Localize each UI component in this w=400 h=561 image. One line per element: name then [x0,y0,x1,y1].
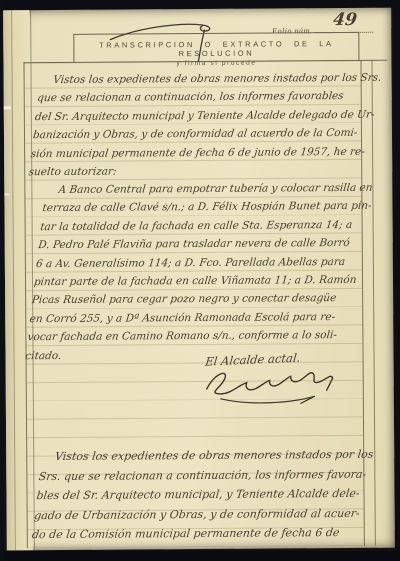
photo-backdrop-bottom [0,551,400,561]
handwritten-line: tar la totalidad de la fachada en calle … [39,216,367,237]
paper-edge-mark [4,193,9,195]
handwritten-line: Picas Ruseñol para cegar pozo negro y co… [31,289,359,310]
handwritten-line: gado de Urbanización y Obras, y de confo… [33,503,361,525]
pen-flourish-stroke [106,15,226,66]
handwritten-line: banización y Obras, y de conformidad al … [32,124,360,145]
handwritten-line: en Corró 255, y a Dª Asunción Ramonada E… [29,308,357,329]
handwritten-line: vocar fachada en Camino Romano s/n., con… [26,326,354,347]
paragraph-second-entry: Vistos los expedientes de obras menores … [31,445,368,545]
ledger-page: Folio núm.49 TRANSCRIPCION O EXTRACTO DE… [3,8,395,551]
handwritten-line: Srs. que se relacionan a continuación, l… [38,464,366,486]
paragraph-authorizations: A Banco Central para empotrar tubería y … [24,179,371,365]
handwritten-line: A Banco Central para empotrar tubería y … [43,179,371,200]
handwritten-line: pintar parte de la fachada en calle Viña… [33,271,361,292]
handwritten-line: bles del Sr. Arquitecto municipal, y Ten… [35,484,363,506]
handwritten-line: terraza de calle Clavé s/n.; a D. Félix … [41,197,369,218]
handwritten-line: del Sr. Arquitecto municipal y Teniente … [34,106,362,127]
folio-number-handwritten: 49 [332,10,358,30]
paper-edge-mark [4,106,11,109]
handwritten-line: que se relacionan a continuación, los in… [36,87,364,108]
handwritten-line: Vistos los expedientes de obras menores … [38,69,366,90]
handwritten-line: do de la Comisión municipal permanente d… [31,523,359,545]
handwritten-line: citado. [24,345,352,366]
signature-rubric [199,364,339,411]
printed-rule-right-margin-outer [371,60,375,546]
paragraph-resolution: Vistos los expedientes de obras menores … [28,69,367,182]
handwritten-line: sión municipal permanente de fecha 6 de … [30,143,358,164]
handwritten-line: D. Pedro Palé Flaviña para trasladar nev… [37,234,365,255]
handwritten-line: Vistos los expedientes de obras menores … [40,445,368,467]
handwritten-line: 6 a Av. Generalísimo 114; a D. Fco. Pare… [35,252,363,273]
